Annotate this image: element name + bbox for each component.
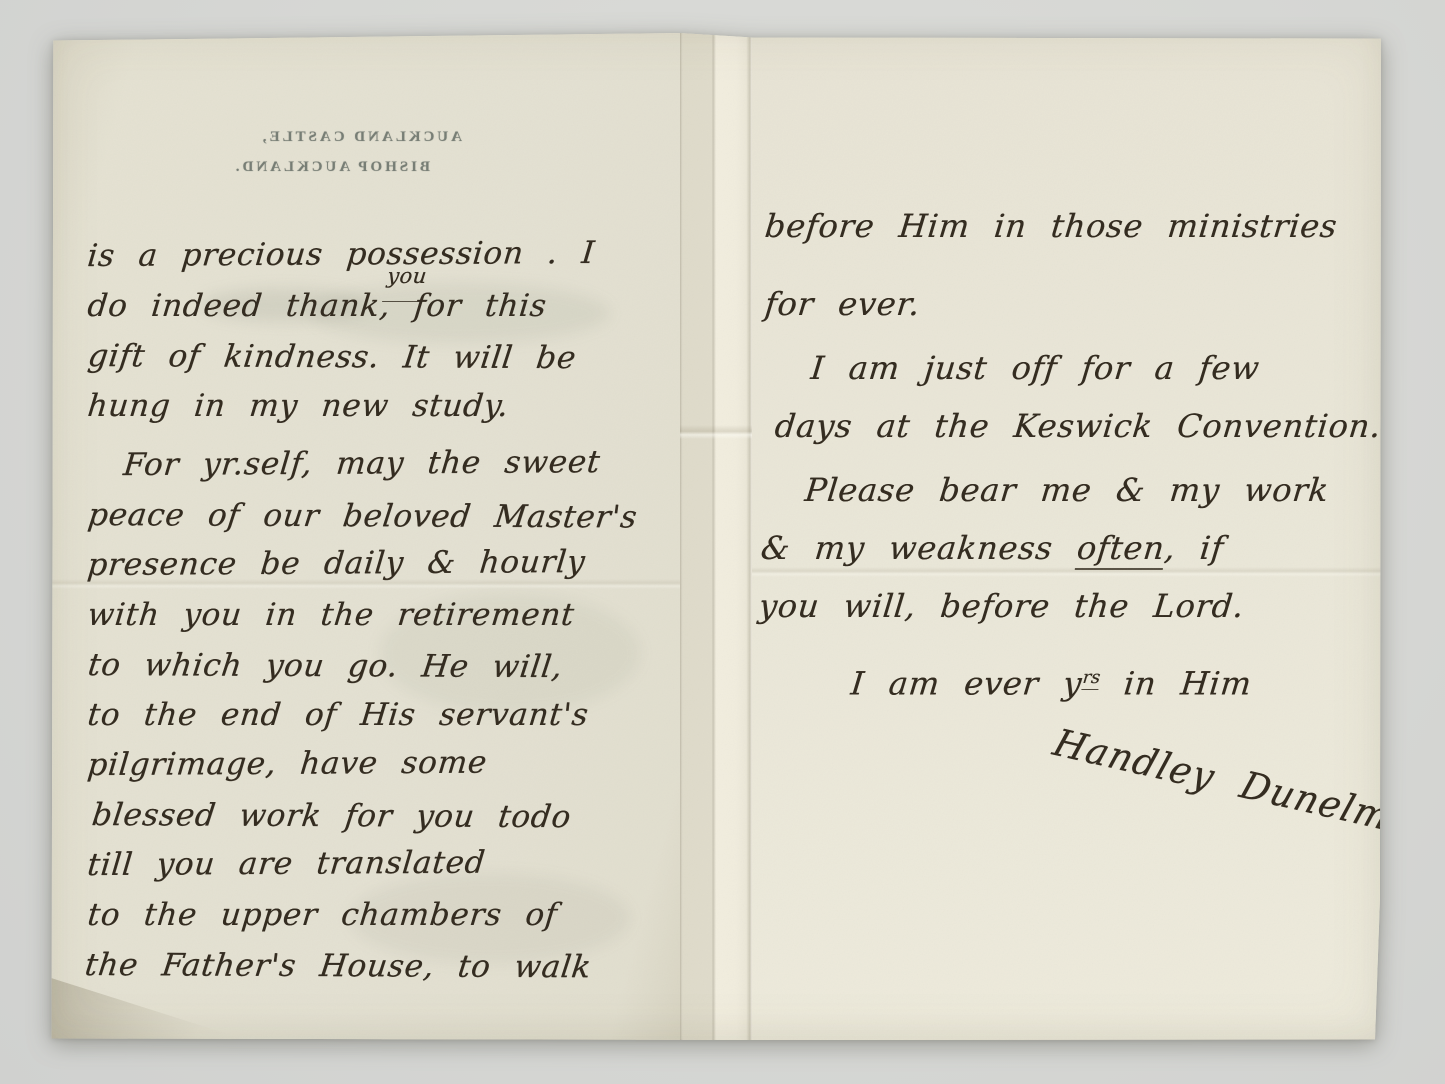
center-fold: [680, 33, 752, 1041]
closing-line: I am ever yrs in Him: [848, 649, 1385, 712]
handwriting-line-with-insertion: do indeed thank,you for this: [85, 281, 690, 331]
letterhead-line-2: BISHOP AUCKLAND.: [152, 159, 488, 176]
handwriting-line: hung in my new study.: [85, 381, 690, 431]
handwriting-line: peace of our beloved Master's: [85, 490, 691, 543]
line-text: , if: [1163, 529, 1226, 567]
handwriting-line: to the upper chambers of: [85, 890, 690, 940]
line-text: in Him: [1098, 664, 1254, 702]
handwriting-line: Please bear me & my work: [802, 461, 1384, 519]
fold-crease-notch: [680, 425, 752, 439]
handwriting-line: blessed work for you todo: [89, 790, 691, 843]
handwriting-line: to which you go. He will,: [85, 640, 691, 693]
line-text: do indeed thank,: [86, 288, 393, 324]
handwriting-line: with you in the retirement: [85, 590, 690, 640]
line-text: I am ever y: [849, 664, 1084, 702]
handwriting-line: the Father's House, to walk: [82, 940, 691, 993]
handwriting-line: till you are translated: [85, 836, 690, 890]
handwriting-line: to the end of His servant's: [85, 690, 690, 740]
letter-page-left: AUCKLAND CASTLE, BISHOP AUCKLAND. is a p…: [50, 33, 680, 1041]
handwriting-line-with-underline: & my weakness often, if: [758, 519, 1384, 577]
handwriting-line: gift of kindness. It will be: [85, 331, 691, 384]
paper-shadow: AUCKLAND CASTLE, BISHOP AUCKLAND. is a p…: [0, 0, 1331, 1008]
handwriting-line: days at the Keswick Convention.: [772, 397, 1384, 455]
handwriting-line: I am just off for a few: [808, 339, 1384, 397]
letterhead-showthrough: AUCKLAND CASTLE, BISHOP AUCKLAND.: [152, 129, 488, 176]
inserted-word: you: [382, 251, 431, 302]
right-page-text: before Him in those ministries for ever.…: [762, 197, 1378, 772]
handwriting-line: presence be daily & hourly: [85, 536, 690, 590]
underlined-word: often: [1075, 529, 1167, 570]
handwriting-line: For yr.self, may the sweet: [121, 437, 690, 490]
handwriting-line: before Him in those ministries: [762, 197, 1384, 255]
left-page-text: is a precious possession . I do indeed t…: [85, 231, 685, 990]
handwriting-line: pilgrimage, have some: [85, 736, 690, 790]
letter-sheet: AUCKLAND CASTLE, BISHOP AUCKLAND. is a p…: [50, 33, 1381, 1041]
handwriting-line: for ever.: [762, 275, 1384, 333]
letterhead-line-1: AUCKLAND CASTLE,: [152, 129, 488, 146]
line-text: & my weakness: [759, 529, 1079, 567]
photo-background: AUCKLAND CASTLE, BISHOP AUCKLAND. is a p…: [0, 0, 1445, 1084]
handwriting-line: you will, before the Lord.: [756, 577, 1384, 635]
